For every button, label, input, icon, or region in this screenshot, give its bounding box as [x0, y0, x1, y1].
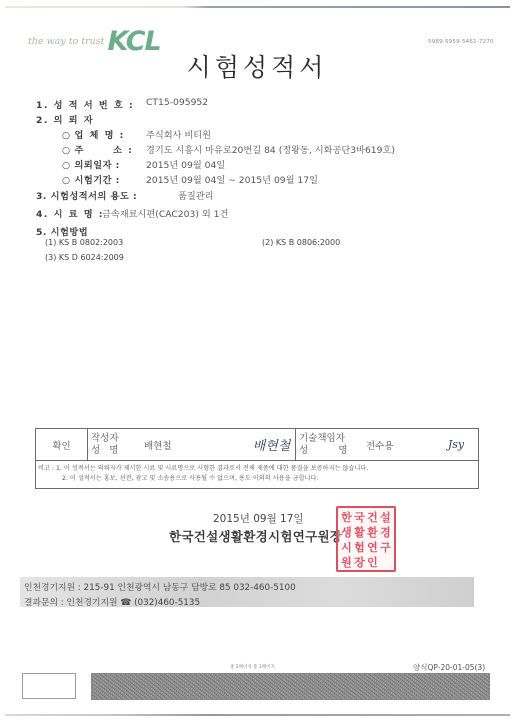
- sample-value: 금속재료시편(CAC203) 외 1건: [102, 206, 228, 220]
- certificate-number-value: CT15-095952: [146, 97, 208, 108]
- client-heading: 2. 의 뢰 자: [36, 112, 94, 126]
- method-item-3: (3) KS D 6024:2009: [45, 253, 124, 262]
- client-company-value: 주식회사 비티원: [146, 127, 211, 141]
- empty-box: [22, 673, 76, 699]
- logo-tagline: the way to trust: [28, 36, 105, 47]
- branch-contact: 인천경기지원 : 215-91 인천광역시 남동구 담방로 85 032-460…: [24, 580, 296, 593]
- request-date-value: 2015년 09월 04일: [146, 157, 225, 171]
- tech-name-label: 성 명: [299, 445, 348, 457]
- author-name-label: 성 명: [91, 445, 118, 457]
- method-item-2: (2) KS B 0806:2000: [262, 238, 340, 247]
- request-date-label: 의뢰일자 :: [74, 160, 119, 171]
- method-item-1: (1) KS B 0802:2003: [45, 238, 123, 247]
- client-address-label: 주 소 :: [74, 145, 133, 156]
- client-address-row: ○ 주 소 : 경기도 시흥시 마유로20번길 84 (정왕동, 시화공단3바6…: [62, 142, 133, 156]
- test-period-row: ○ 시험기간 : 2015년 09월 04일 ~ 2015년 09월 17일: [62, 172, 120, 186]
- inquiry-contact: 결과문의 : 인천경기지원 ☎ (032)460-5135: [24, 595, 200, 608]
- confirmation-table: 확인 작성자 성 명 배현철 배현철 기술책임자 성 명 전수용 Jsy 비고 …: [35, 428, 479, 489]
- author-role-block: 작성자 성 명: [88, 429, 130, 460]
- issue-date: 2015년 09월 17일: [213, 511, 304, 526]
- sample-row: 4. 시 료 명 : 금속재료시편(CAC203) 외 1건: [36, 206, 104, 220]
- form-code: 양식QP-20-01-05(3): [413, 662, 485, 673]
- tech-signature: Jsy: [434, 429, 478, 460]
- issuer-name: 한국건설생활환경시험연구원장: [169, 527, 342, 545]
- client-address-value: 경기도 시흥시 마유로20번길 84 (정왕동, 시화공단3바619호): [146, 142, 395, 156]
- note-line-1: 비고 : 1. 이 성적서는 의뢰자가 제시한 시료 및 시료명으로 시험한 결…: [38, 464, 474, 474]
- signature-row: 확인 작성자 성 명 배현철 배현철 기술책임자 성 명 전수용 Jsy: [36, 429, 478, 461]
- top-rule: [5, 6, 510, 8]
- purpose-row: 3. 시험성적서의 용도 : 품질관리: [36, 188, 137, 202]
- methods-heading: 5. 시험방법: [36, 224, 88, 238]
- security-pattern-strip: [91, 673, 490, 700]
- tech-role-block: 기술책임자 성 명: [296, 429, 358, 460]
- confirm-label: 확인: [36, 429, 88, 460]
- note-line-2: 2. 이 성적서는 홍보, 선전, 광고 및 소송용으로 사용될 수 없으며, …: [38, 474, 474, 484]
- author-role: 작성자: [91, 433, 119, 445]
- purpose-label: 3. 시험성적서의 용도 :: [36, 191, 137, 202]
- purpose-value: 품질관리: [178, 188, 214, 202]
- client-company-row: ○ 업 체 명 : 주식회사 비티원: [62, 127, 125, 141]
- page-title: 시험성적서: [0, 48, 514, 84]
- official-seal: 한 국 건 설 생 활 환 경 시 험 연 구 원 장 인: [336, 506, 396, 572]
- request-date-row: ○ 의뢰일자 : 2015년 09월 04일: [62, 157, 120, 171]
- tech-name: 전수용: [358, 429, 434, 460]
- author-name: 배현철: [130, 429, 248, 460]
- client-company-label: 업 체 명 :: [74, 130, 124, 141]
- bottom-rule: [5, 714, 510, 716]
- test-period-label: 시험기간 :: [74, 175, 119, 186]
- certificate-number-row: 1. 성 적 서 번 호 : CT15-095952: [36, 97, 134, 111]
- document-code: 5989-5959-5461-7270: [428, 39, 494, 45]
- tech-role: 기술책임자: [299, 433, 345, 445]
- sample-label: 4. 시 료 명 :: [36, 209, 104, 220]
- page-indicator: 총 2페이지 중 1페이지: [230, 664, 275, 670]
- notes-block: 비고 : 1. 이 성적서는 의뢰자가 제시한 시료 및 시료명으로 시험한 결…: [36, 461, 478, 488]
- test-period-value: 2015년 09월 04일 ~ 2015년 09월 17일: [146, 172, 318, 186]
- author-signature: 배현철: [248, 429, 296, 460]
- certificate-number-label: 1. 성 적 서 번 호 :: [36, 100, 134, 111]
